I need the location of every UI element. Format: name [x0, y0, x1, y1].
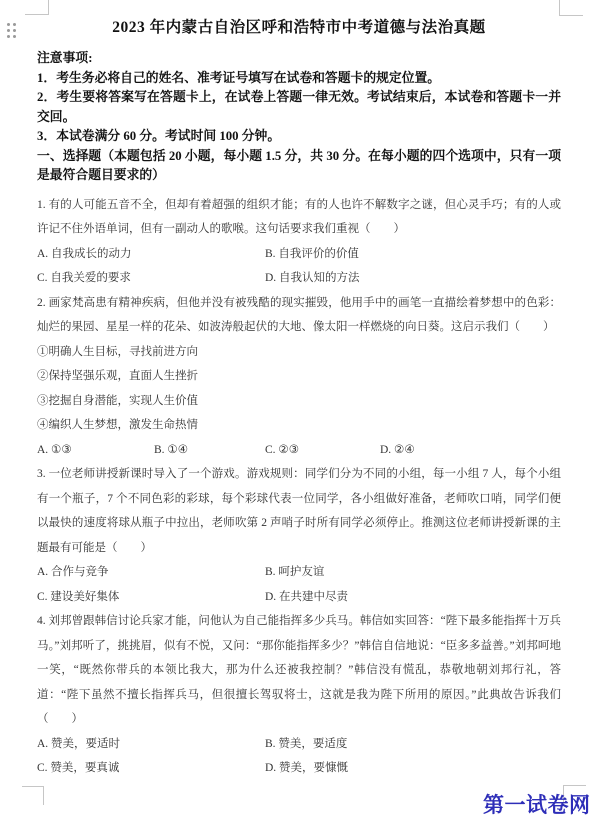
question-3-option-b: B. 呵护友谊 [265, 560, 561, 585]
question-4-option-c: C. 赞美，要真诚 [37, 756, 265, 781]
question-1: 1. 有的人可能五音不全，但却有着超强的组织才能；有的人也许不解数字之谜，但心灵… [37, 193, 561, 291]
question-3-option-a: A. 合作与竞争 [37, 560, 265, 585]
question-1-stem: 1. 有的人可能五音不全，但却有着超强的组织才能；有的人也许不解数字之谜，但心灵… [37, 193, 561, 242]
question-1-options: A. 自我成长的动力 B. 自我评价的价值 C. 自我关爱的要求 D. 自我认知… [37, 242, 561, 291]
corner-mark-top-left [25, 0, 49, 15]
question-2-option-b: B. ①④ [154, 438, 265, 463]
question-3-option-c: C. 建设美好集体 [37, 585, 265, 610]
corner-mark-top-right [559, 0, 583, 16]
question-1-option-b: B. 自我评价的价值 [265, 242, 561, 267]
question-1-option-d: D. 自我认知的方法 [265, 266, 561, 291]
page-title: 2023 年内蒙古自治区呼和浩特市中考道德与法治真题 [37, 16, 561, 40]
section-heading: 一、选择题（本题包括 20 小题，每小题 1.5 分，共 30 分。在每小题的四… [37, 147, 561, 186]
question-4-option-d: D. 赞美，要慷慨 [265, 756, 561, 781]
question-3-stem: 3. 一位老师讲授新课时导入了一个游戏。游戏规则：同学们分为不同的小组，每一小组… [37, 462, 561, 560]
question-3-options: A. 合作与竞争 B. 呵护友谊 C. 建设美好集体 D. 在共建中尽责 [37, 560, 561, 609]
notice-heading: 注意事项: [37, 49, 561, 69]
notice-section: 注意事项: 1．考生务必将自己的姓名、准考证号填写在试卷和答题卡的规定位置。 2… [37, 49, 561, 186]
question-4-options: A. 赞美，要适时 B. 赞美，要适度 C. 赞美，要真诚 D. 赞美，要慷慨 [37, 732, 561, 781]
drag-handle-icon[interactable] [7, 23, 16, 38]
document-body: 2023 年内蒙古自治区呼和浩特市中考道德与法治真题 注意事项: 1．考生务必将… [37, 16, 561, 781]
watermark-logo: 第一试卷网 [483, 789, 591, 819]
question-4-option-a: A. 赞美，要适时 [37, 732, 265, 757]
corner-mark-bottom-left [22, 786, 44, 805]
question-1-option-c: C. 自我关爱的要求 [37, 266, 265, 291]
question-2-stem: 2. 画家梵高患有精神疾病，但他并没有被残酷的现实摧毁，他用手中的画笔一直描绘着… [37, 291, 561, 340]
question-2-option-d: D. ②④ [380, 438, 561, 463]
question-2-option-a: A. ①③ [37, 438, 154, 463]
question-2-statement-2: ②保持坚强乐观，直面人生挫折 [37, 364, 561, 389]
notice-item-2: 2．考生要将答案写在答题卡上，在试卷上答题一律无效。考试结束后，本试卷和答题卡一… [37, 88, 561, 127]
question-1-option-a: A. 自我成长的动力 [37, 242, 265, 267]
questions-list: 1. 有的人可能五音不全，但却有着超强的组织才能；有的人也许不解数字之谜，但心灵… [37, 193, 561, 781]
notice-item-3: 3．本试卷满分 60 分。考试时间 100 分钟。 [37, 127, 561, 147]
question-2-statement-1: ①明确人生目标，寻找前进方向 [37, 340, 561, 365]
question-2-option-c: C. ②③ [265, 438, 380, 463]
question-4: 4. 刘邦曾跟韩信讨论兵家才能，问他认为自己能指挥多少兵马。韩信如实回答：“陛下… [37, 609, 561, 781]
question-3-option-d: D. 在共建中尽责 [265, 585, 561, 610]
question-2-statement-3: ③挖掘自身潜能，实现人生价值 [37, 389, 561, 414]
notice-item-1: 1．考生务必将自己的姓名、准考证号填写在试卷和答题卡的规定位置。 [37, 69, 561, 89]
question-2-options: A. ①③ B. ①④ C. ②③ D. ②④ [37, 438, 561, 463]
question-2: 2. 画家梵高患有精神疾病，但他并没有被残酷的现实摧毁，他用手中的画笔一直描绘着… [37, 291, 561, 463]
question-4-stem: 4. 刘邦曾跟韩信讨论兵家才能，问他认为自己能指挥多少兵马。韩信如实回答：“陛下… [37, 609, 561, 732]
question-4-option-b: B. 赞美，要适度 [265, 732, 561, 757]
question-2-statement-4: ④编织人生梦想，激发生命热情 [37, 413, 561, 438]
question-3: 3. 一位老师讲授新课时导入了一个游戏。游戏规则：同学们分为不同的小组，每一小组… [37, 462, 561, 609]
